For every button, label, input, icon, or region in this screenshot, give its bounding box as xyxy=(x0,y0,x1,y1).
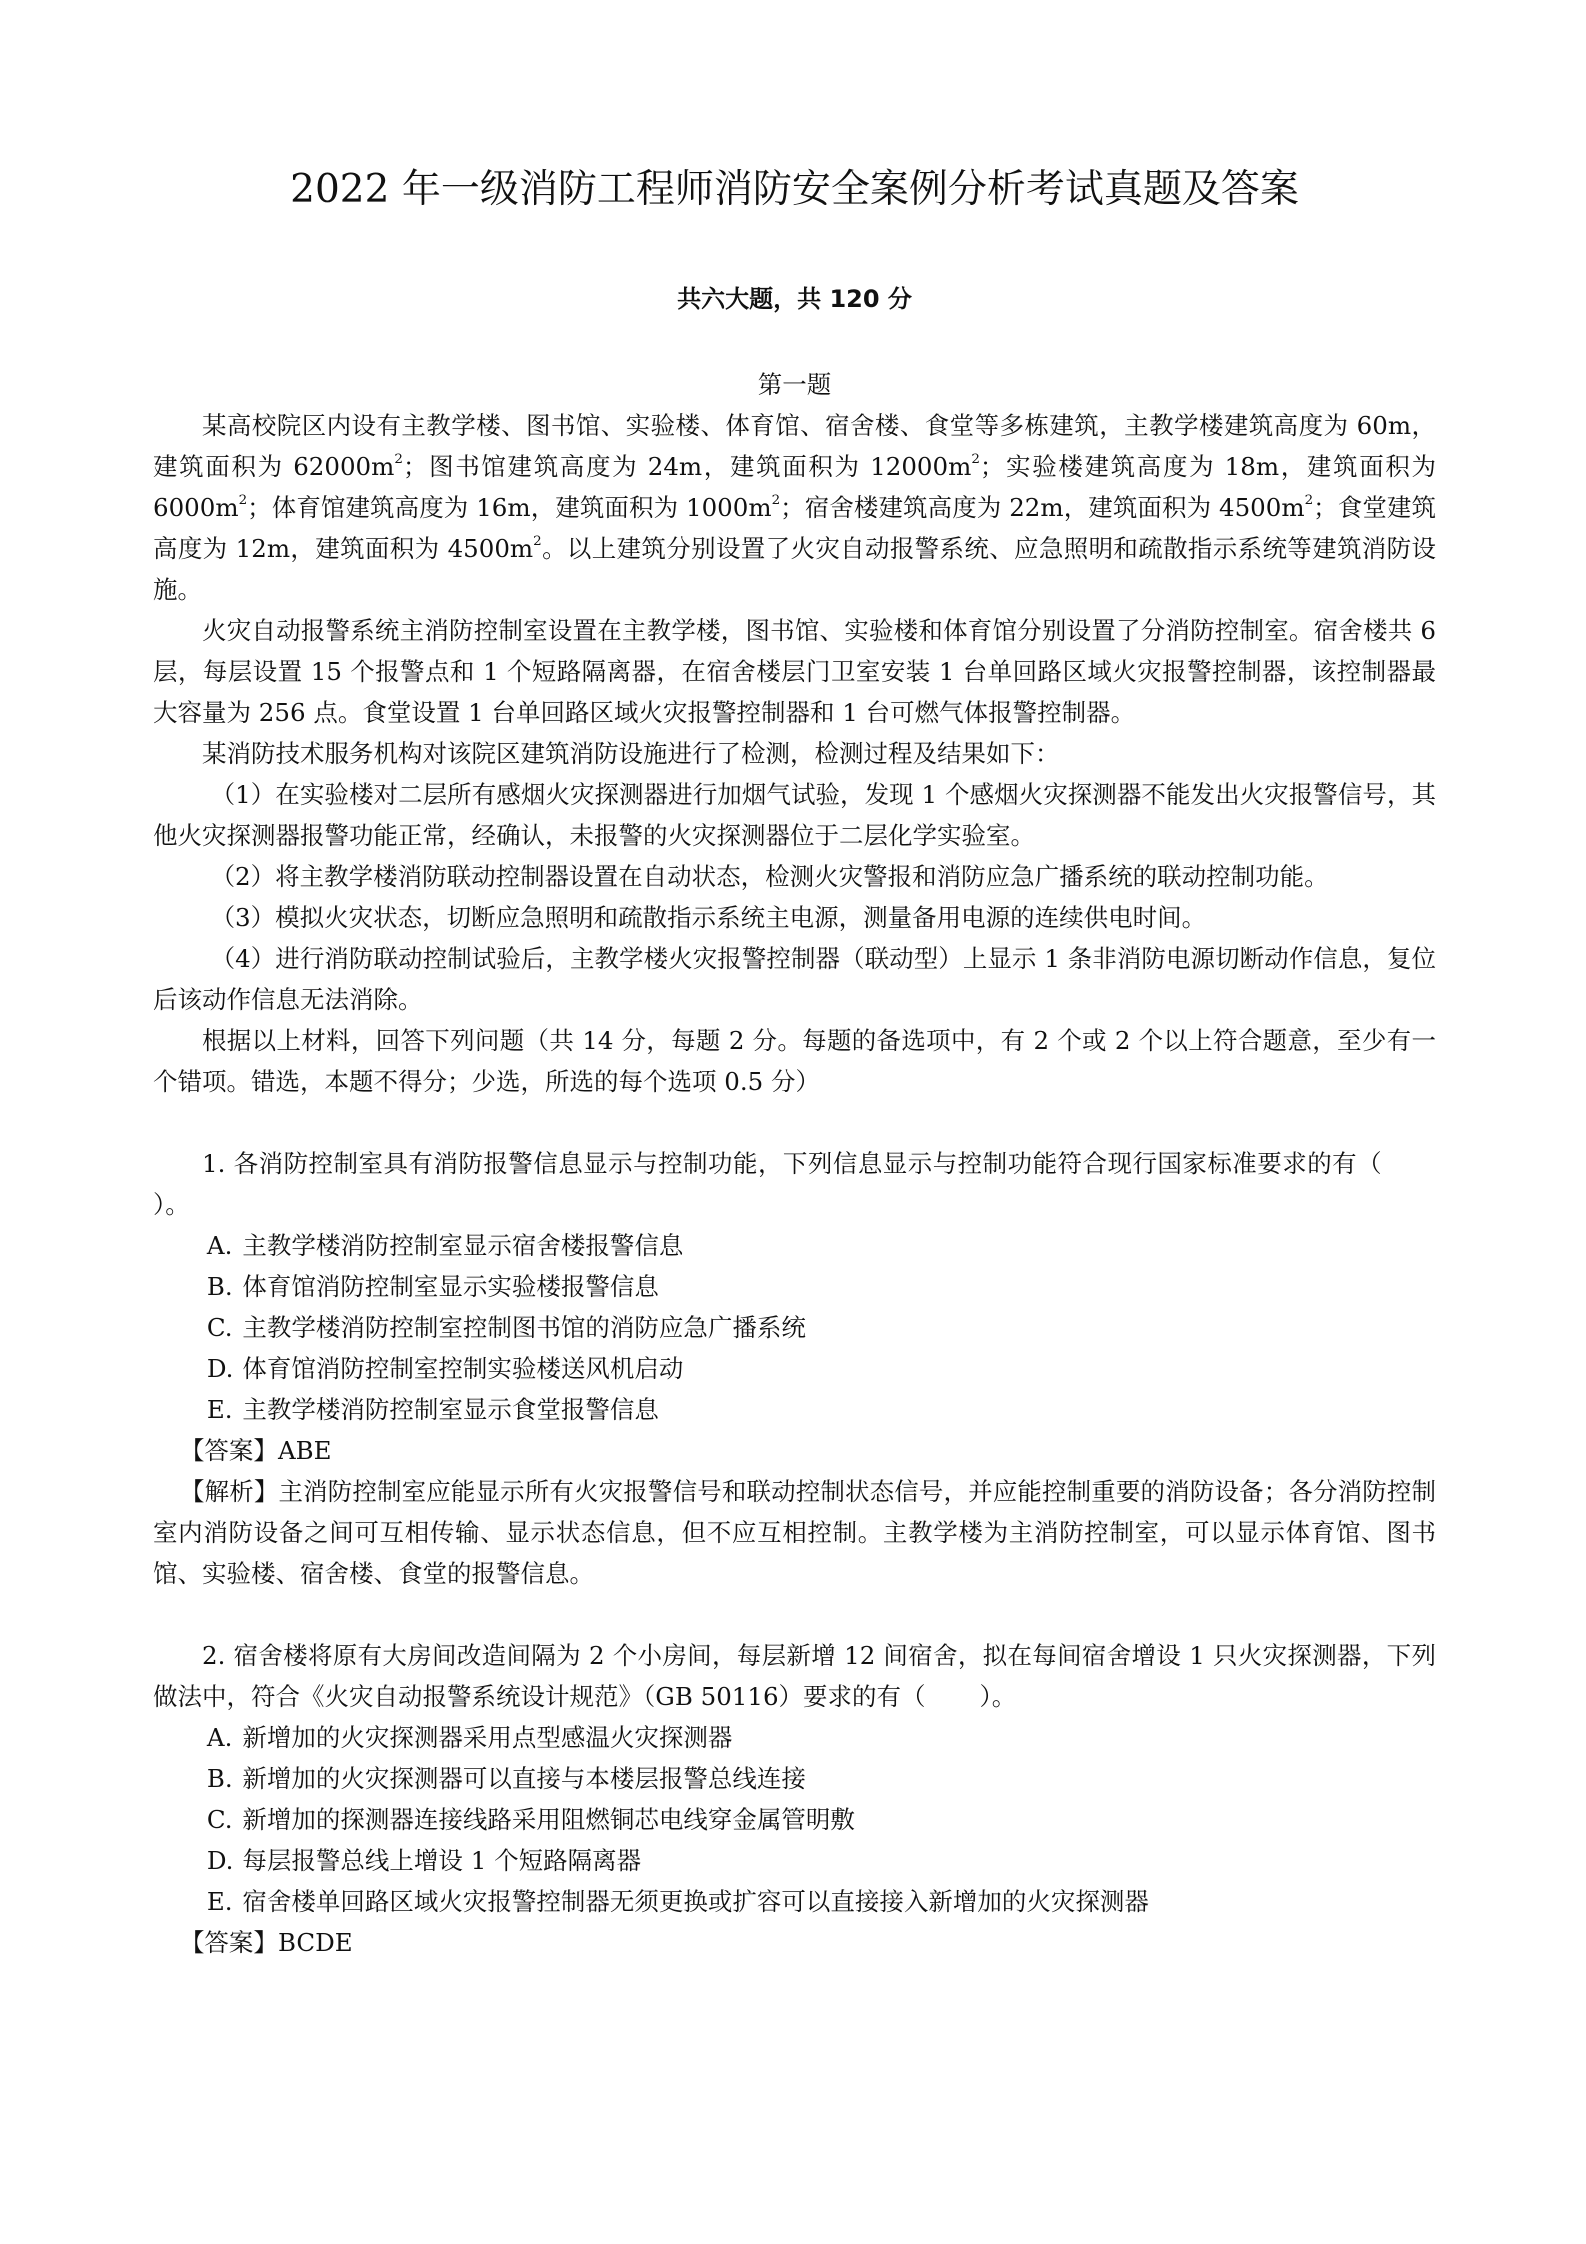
option-letter: B. xyxy=(207,1758,243,1799)
answer-value: ABE xyxy=(278,1436,332,1465)
question-stem: 1. 各消防控制室具有消防报警信息显示与控制功能，下列信息显示与控制功能符合现行… xyxy=(153,1143,1436,1225)
question-text: 各消防控制室具有消防报警信息显示与控制功能，下列信息显示与控制功能符合现行国家标… xyxy=(234,1149,1382,1178)
option-letter: D. xyxy=(207,1840,243,1881)
superscript-2: 2 xyxy=(1305,492,1314,508)
inspection-item: （4）进行消防联动控制试验后，主教学楼火灾报警控制器（联动型）上显示 1 条非消… xyxy=(153,938,1436,1020)
option-c: C.新增加的探测器连接线路采用阻燃铜芯电线穿金属管明敷 xyxy=(153,1799,1436,1840)
inspection-item: （2）将主教学楼消防联动控制器设置在自动状态，检测火灾警报和消防应急广播系统的联… xyxy=(153,856,1436,897)
superscript-2: 2 xyxy=(239,492,248,508)
option-list: A.主教学楼消防控制室显示宿舍楼报警信息 B.体育馆消防控制室显示实验楼报警信息… xyxy=(153,1225,1436,1430)
option-text: 每层报警总线上增设 1 个短路隔离器 xyxy=(242,1846,641,1875)
superscript-2: 2 xyxy=(394,451,403,467)
option-d: D.每层报警总线上增设 1 个短路隔离器 xyxy=(153,1840,1436,1881)
option-text: 新增加的火灾探测器采用点型感温火灾探测器 xyxy=(242,1723,732,1752)
question-number: 1. xyxy=(202,1149,225,1178)
option-text: 主教学楼消防控制室显示食堂报警信息 xyxy=(242,1395,659,1424)
option-text: 宿舍楼单回路区域火灾报警控制器无须更换或扩容可以直接接入新增加的火灾探测器 xyxy=(242,1887,1149,1916)
analysis-label: 【解析】 xyxy=(180,1477,279,1506)
section-heading: 第一题 xyxy=(153,364,1436,405)
option-d: D.体育馆消防控制室控制实验楼送风机启动 xyxy=(153,1348,1436,1389)
option-text: 主教学楼消防控制室显示宿舍楼报警信息 xyxy=(242,1231,683,1260)
answer-line: 【答案】BCDE xyxy=(153,1922,1436,1963)
answer-value: BCDE xyxy=(278,1928,353,1957)
document-body: 第一题 某高校院区内设有主教学楼、图书馆、实验楼、体育馆、宿舍楼、食堂等多栋建筑… xyxy=(153,364,1436,1963)
scenario-paragraph: 某消防技术服务机构对该院区建筑消防设施进行了检测，检测过程及结果如下： xyxy=(153,733,1436,774)
answer-line: 【答案】ABE xyxy=(153,1430,1436,1471)
option-list: A.新增加的火灾探测器采用点型感温火灾探测器 B.新增加的火灾探测器可以直接与本… xyxy=(153,1717,1436,1922)
answer-label: 【答案】 xyxy=(180,1928,278,1957)
analysis-paragraph: 【解析】主消防控制室应能显示所有火灾报警信号和联动控制状态信号，并应能控制重要的… xyxy=(153,1471,1436,1594)
option-a: A.新增加的火灾探测器采用点型感温火灾探测器 xyxy=(153,1717,1436,1758)
option-text: 新增加的探测器连接线路采用阻燃铜芯电线穿金属管明敷 xyxy=(242,1805,855,1834)
option-c: C.主教学楼消防控制室控制图书馆的消防应急广播系统 xyxy=(153,1307,1436,1348)
question-text-end: ）。 xyxy=(979,1682,1016,1711)
option-letter: D. xyxy=(207,1348,243,1389)
superscript-2: 2 xyxy=(533,533,542,549)
instructions-paragraph: 根据以上材料，回答下列问题（共 14 分，每题 2 分。每题的备选项中，有 2 … xyxy=(153,1020,1436,1102)
option-text: 体育馆消防控制室控制实验楼送风机启动 xyxy=(242,1354,683,1383)
document-title: 2022 年一级消防工程师消防安全案例分析考试真题及答案 xyxy=(153,162,1436,218)
question-text-end: ）。 xyxy=(153,1190,190,1219)
document-subtitle: 共六大题，共 120 分 xyxy=(153,281,1436,317)
spacer xyxy=(153,1594,1436,1635)
option-letter: A. xyxy=(207,1717,243,1758)
option-text: 新增加的火灾探测器可以直接与本楼层报警总线连接 xyxy=(242,1764,806,1793)
option-e: E.主教学楼消防控制室显示食堂报警信息 xyxy=(153,1389,1436,1430)
scenario-paragraph: 某高校院区内设有主教学楼、图书馆、实验楼、体育馆、宿舍楼、食堂等多栋建筑，主教学… xyxy=(153,405,1436,610)
question-stem: 2. 宿舍楼将原有大房间改造间隔为 2 个小房间，每层新增 12 间宿舍，拟在每… xyxy=(153,1635,1436,1717)
question-1: 1. 各消防控制室具有消防报警信息显示与控制功能，下列信息显示与控制功能符合现行… xyxy=(153,1143,1436,1594)
superscript-2: 2 xyxy=(772,492,781,508)
option-letter: E. xyxy=(207,1389,243,1430)
analysis-text: 主消防控制室应能显示所有火灾报警信号和联动控制状态信号，并应能控制重要的消防设备… xyxy=(153,1477,1436,1588)
scenario-paragraph: 火灾自动报警系统主消防控制室设置在主教学楼，图书馆、实验楼和体育馆分别设置了分消… xyxy=(153,610,1436,733)
superscript-2: 2 xyxy=(971,451,980,467)
question-number: 2. xyxy=(202,1641,225,1670)
option-e: E.宿舍楼单回路区域火灾报警控制器无须更换或扩容可以直接接入新增加的火灾探测器 xyxy=(153,1881,1436,1922)
option-b: B.体育馆消防控制室显示实验楼报警信息 xyxy=(153,1266,1436,1307)
option-letter: C. xyxy=(207,1307,243,1348)
inspection-item: （3）模拟火灾状态，切断应急照明和疏散指示系统主电源，测量备用电源的连续供电时间… xyxy=(153,897,1436,938)
question-text: 宿舍楼将原有大房间改造间隔为 2 个小房间，每层新增 12 间宿舍，拟在每间宿舍… xyxy=(153,1641,1436,1711)
option-letter: E. xyxy=(207,1881,243,1922)
spacer xyxy=(153,1102,1436,1143)
option-a: A.主教学楼消防控制室显示宿舍楼报警信息 xyxy=(153,1225,1436,1266)
inspection-item: （1）在实验楼对二层所有感烟火灾探测器进行加烟气试验，发现 1 个感烟火灾探测器… xyxy=(153,774,1436,856)
option-letter: A. xyxy=(207,1225,243,1266)
question-2: 2. 宿舍楼将原有大房间改造间隔为 2 个小房间，每层新增 12 间宿舍，拟在每… xyxy=(153,1635,1436,1963)
option-letter: C. xyxy=(207,1799,243,1840)
option-b: B.新增加的火灾探测器可以直接与本楼层报警总线连接 xyxy=(153,1758,1436,1799)
option-text: 体育馆消防控制室显示实验楼报警信息 xyxy=(242,1272,659,1301)
option-letter: B. xyxy=(207,1266,243,1307)
option-text: 主教学楼消防控制室控制图书馆的消防应急广播系统 xyxy=(242,1313,806,1342)
answer-label: 【答案】 xyxy=(180,1436,278,1465)
